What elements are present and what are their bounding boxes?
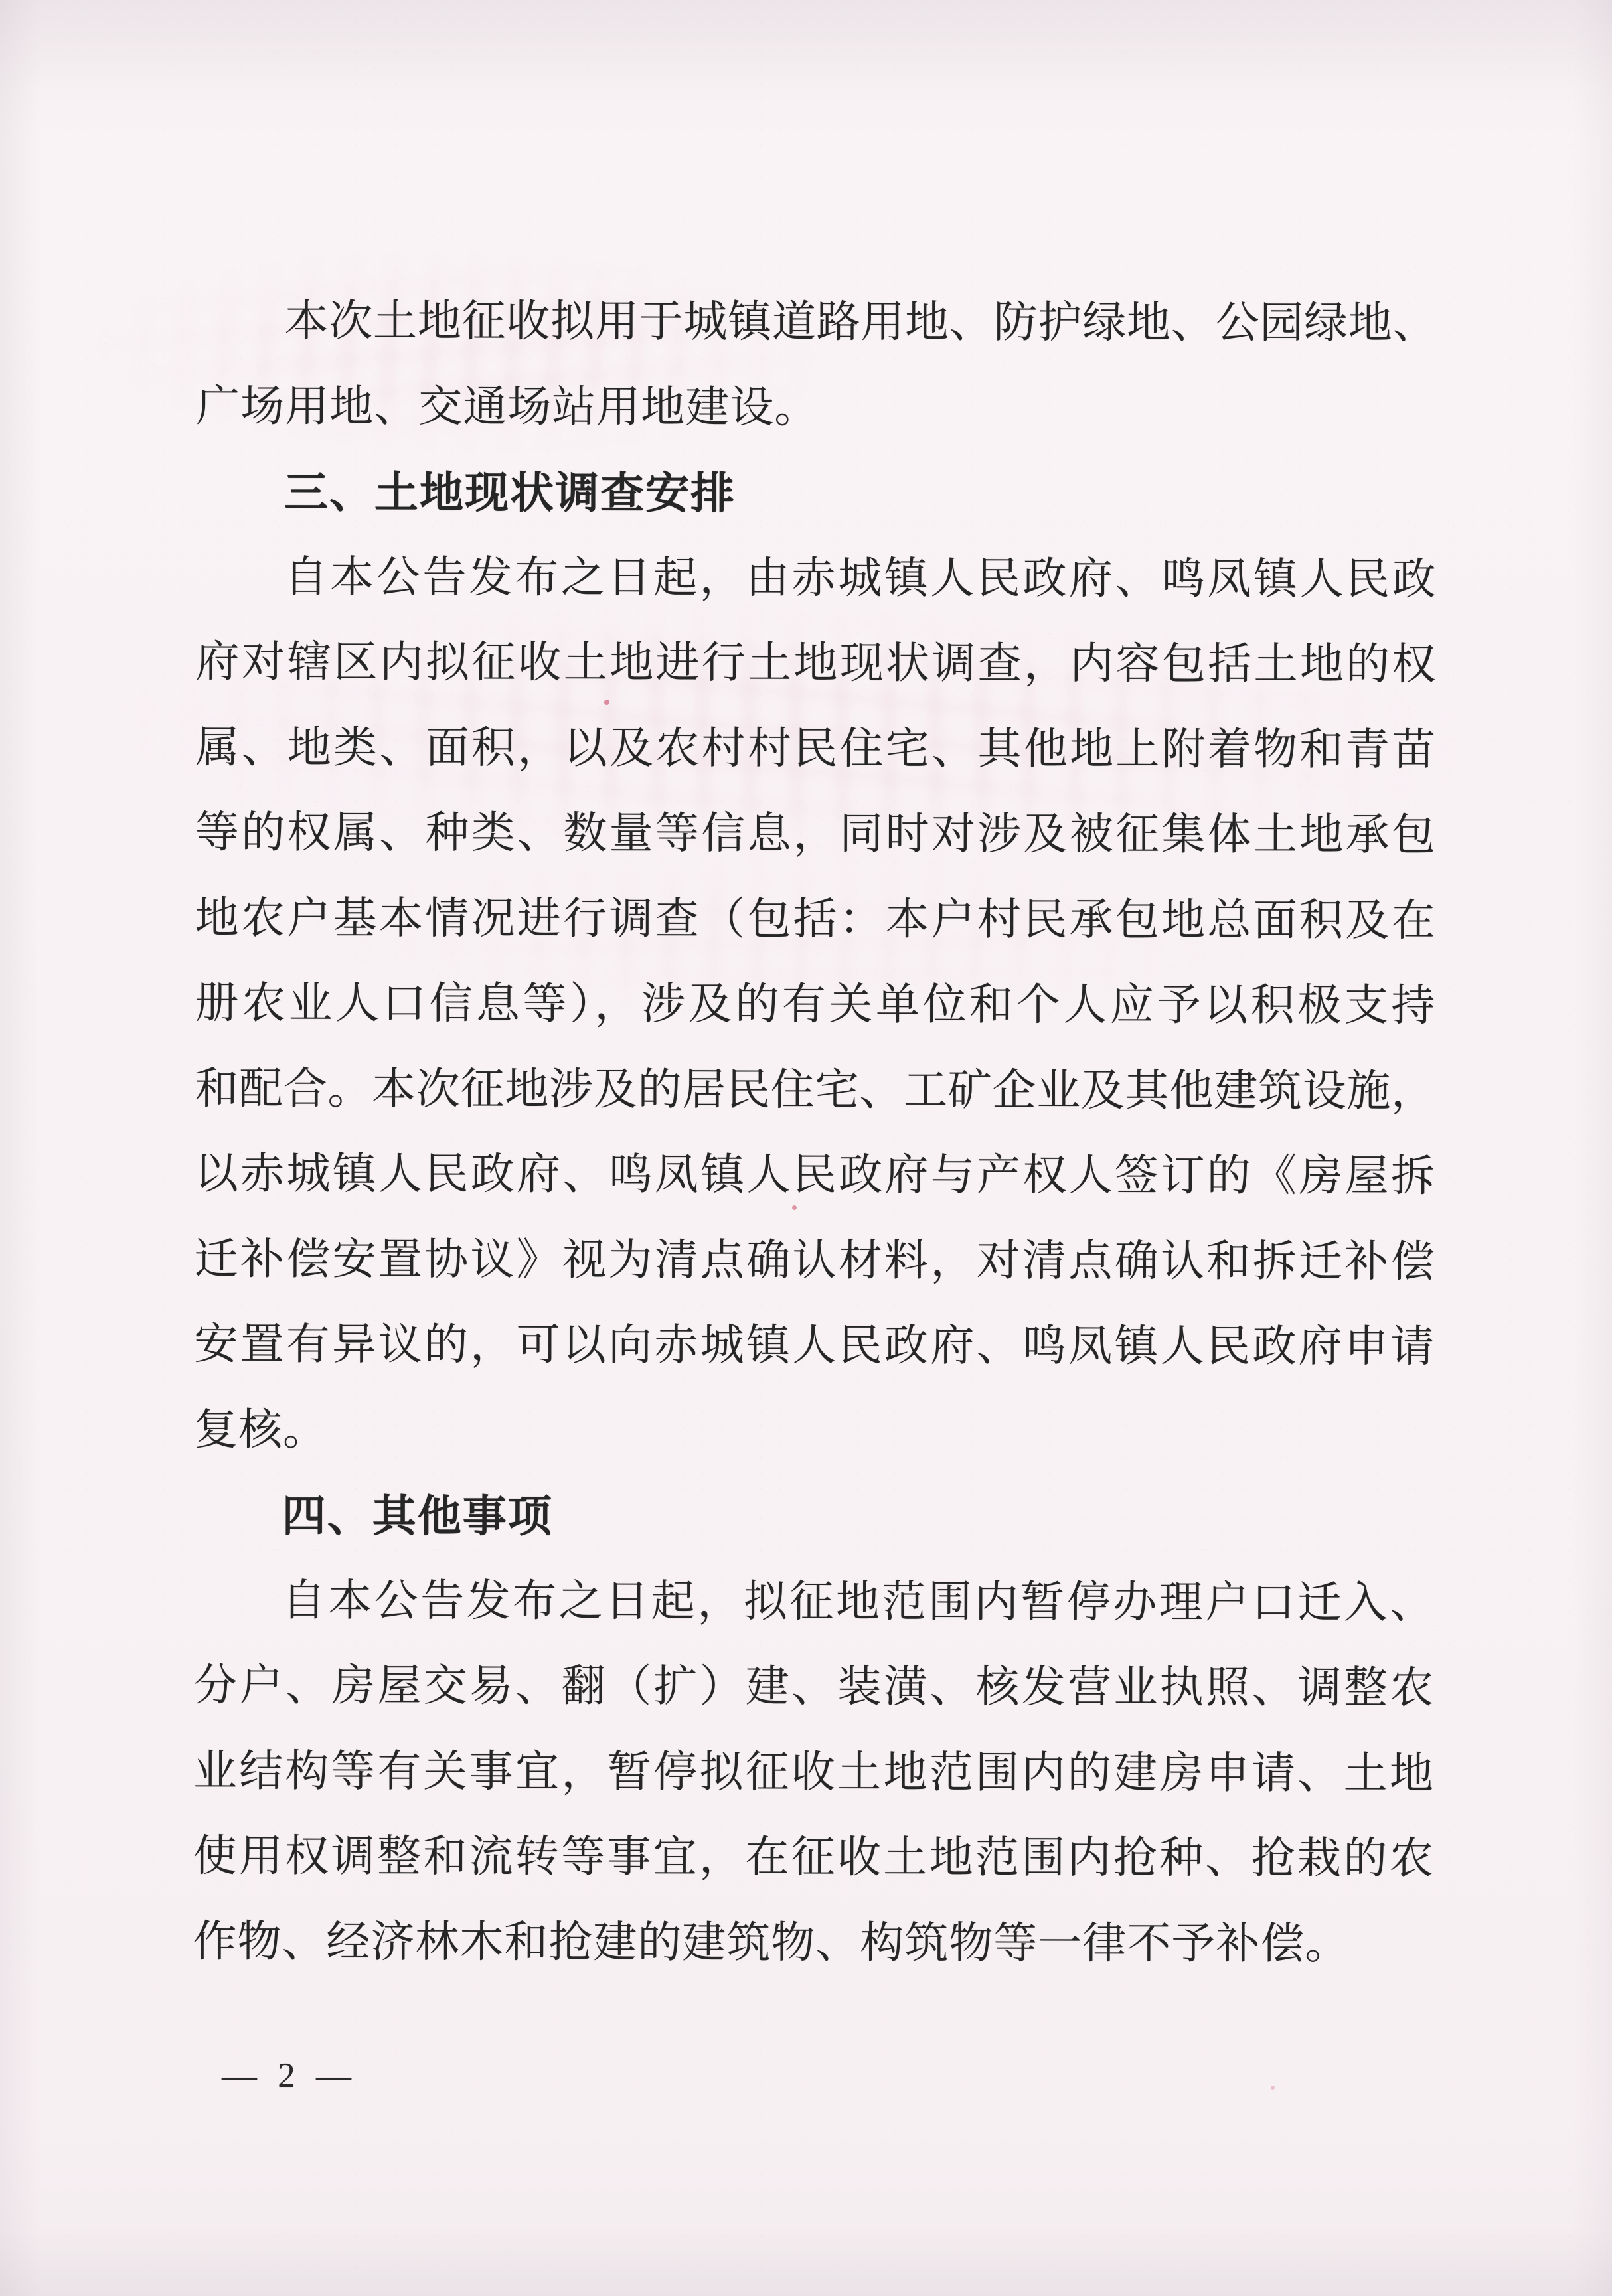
- section-heading-three: 三、土地现状调查安排: [196, 449, 1436, 537]
- body-line: 分户、房屋交易、翻（扩）建、装潢、核发营业执照、调整农: [193, 1644, 1433, 1731]
- body-line: 使用权调整和流转等事宜，在征收土地范围内抢种、抢栽的农: [193, 1814, 1433, 1902]
- scanned-document-page: 本次土地征收拟用于城镇道路用地、防护绿地、公园绿地、 广场用地、交通场站用地建设…: [0, 0, 1612, 2296]
- body-line: 广场用地、交通场站用地建设。: [196, 364, 1436, 452]
- body-line: 以赤城镇人民政府、鸣凤镇人民政府与产权人签订的《房屋拆: [195, 1132, 1435, 1219]
- body-line: 册农业人口信息等），涉及的有关单位和个人应予以积极支持: [195, 961, 1435, 1049]
- body-line: 属、地类、面积，以及农村村民住宅、其他地上附着物和青苗: [195, 706, 1435, 793]
- body-line: 业结构等有关事宜，暂停拟征收土地范围内的建房申请、土地: [193, 1729, 1433, 1817]
- body-line: 府对辖区内拟征收土地进行土地现状调查，内容包括土地的权: [195, 620, 1435, 708]
- body-line: 本次土地征收拟用于城镇道路用地、防护绿地、公园绿地、: [196, 279, 1436, 366]
- body-line: 作物、经济林木和抢建的建筑物、构筑物等一律不予补偿。: [193, 1900, 1433, 1987]
- body-line: 安置有异议的，可以向赤城镇人民政府、鸣凤镇人民政府申请: [194, 1302, 1434, 1390]
- body-line: 自本公告发布之日起，由赤城镇人民政府、鸣凤镇人民政: [196, 535, 1436, 623]
- body-line: 迁补偿安置协议》视为清点确认材料，对清点确认和拆迁补偿: [194, 1217, 1434, 1305]
- body-line: 等的权属、种类、数量等信息，同时对涉及被征集体土地承包: [195, 791, 1435, 878]
- body-line: 地农户基本情况进行调查（包括：本户村民承包地总面积及在: [195, 876, 1435, 964]
- body-line: 复核。: [194, 1388, 1434, 1476]
- red-speck: [1271, 2086, 1275, 2090]
- section-heading-four: 四、其他事项: [194, 1473, 1434, 1561]
- body-line: 自本公告发布之日起，拟征地范围内暂停办理户口迁入、: [193, 1559, 1433, 1646]
- document-body: 本次土地征收拟用于城镇道路用地、防护绿地、公园绿地、 广场用地、交通场站用地建设…: [193, 279, 1436, 1987]
- body-line: 和配合。本次征地涉及的居民住宅、工矿企业及其他建筑设施，: [195, 1047, 1435, 1134]
- page-number: — 2 —: [222, 2052, 394, 2099]
